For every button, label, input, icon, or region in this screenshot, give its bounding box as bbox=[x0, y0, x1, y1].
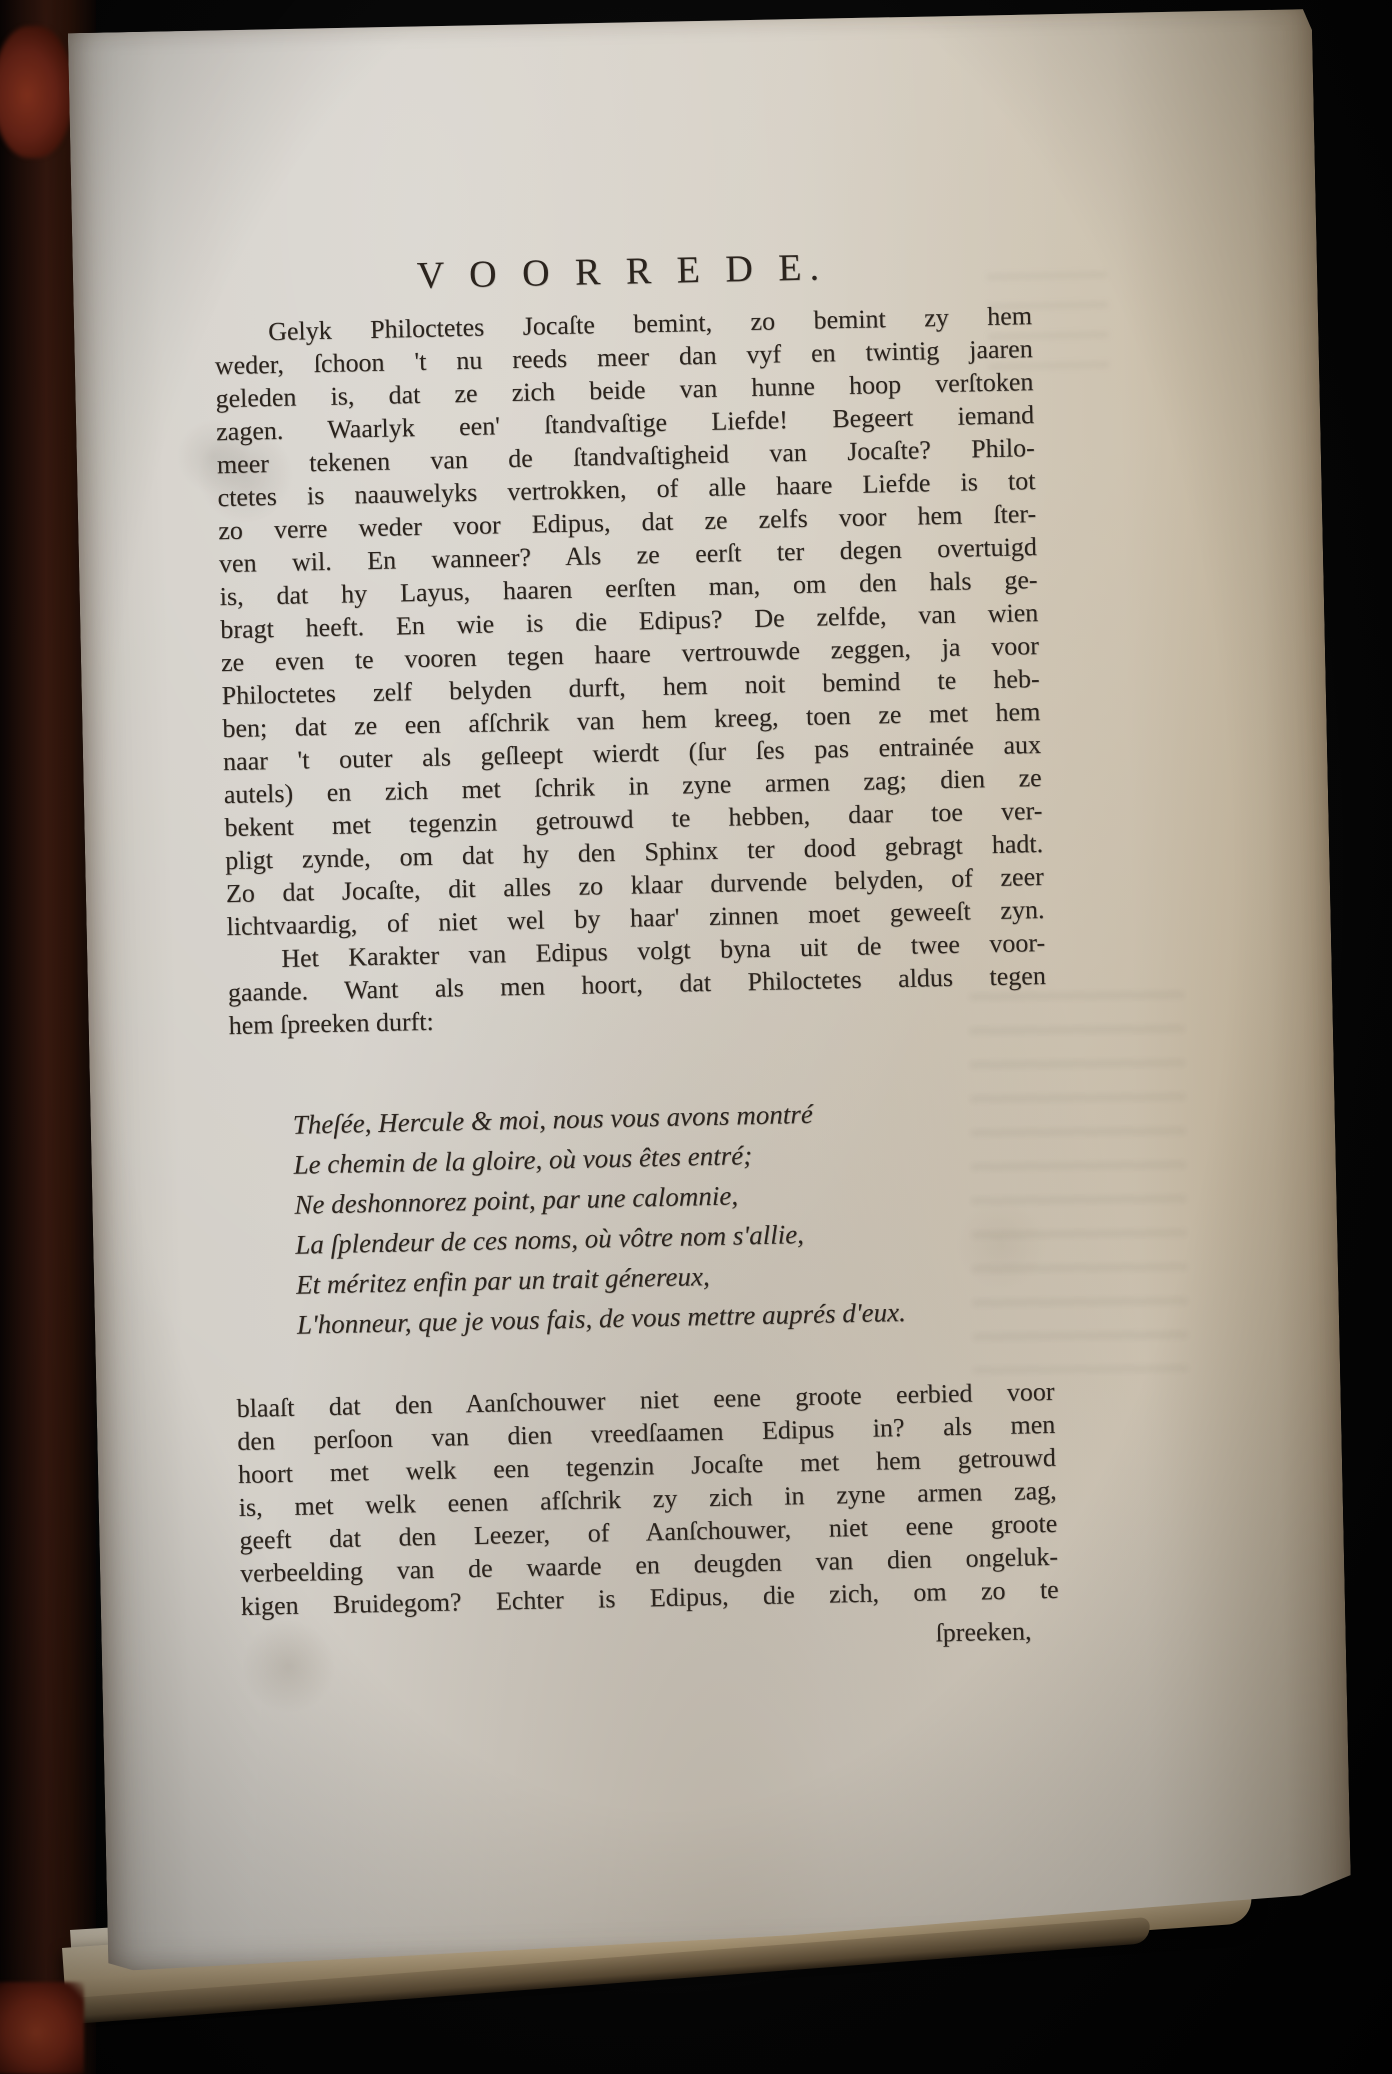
catchword: ſpreeken, bbox=[241, 1614, 1060, 1664]
spine-red-label-top bbox=[0, 26, 72, 158]
paragraph-1: Gelyk Philoctetes Jocaſte bemint, zo bem… bbox=[214, 299, 1045, 943]
french-verse-quotation: Theſée, Hercule & moi, nous vous avons m… bbox=[292, 1089, 1053, 1345]
paragraph-3: blaaſt dat den Aanſchouwer niet eene gro… bbox=[236, 1375, 1059, 1623]
book-photograph: V O O R R E D E. Gelyk Philoctetes Jocaſ… bbox=[0, 0, 1392, 2074]
paragraph-2: Het Karakter van Edipus volgt byna uit d… bbox=[227, 926, 1047, 1042]
book-page: V O O R R E D E. Gelyk Philoctetes Jocaſ… bbox=[68, 7, 1352, 1971]
spine-red-label-bottom bbox=[0, 1982, 84, 2074]
page-title: V O O R R E D E. bbox=[213, 241, 1032, 302]
page-text-block: V O O R R E D E. Gelyk Philoctetes Jocaſ… bbox=[213, 241, 1060, 1664]
